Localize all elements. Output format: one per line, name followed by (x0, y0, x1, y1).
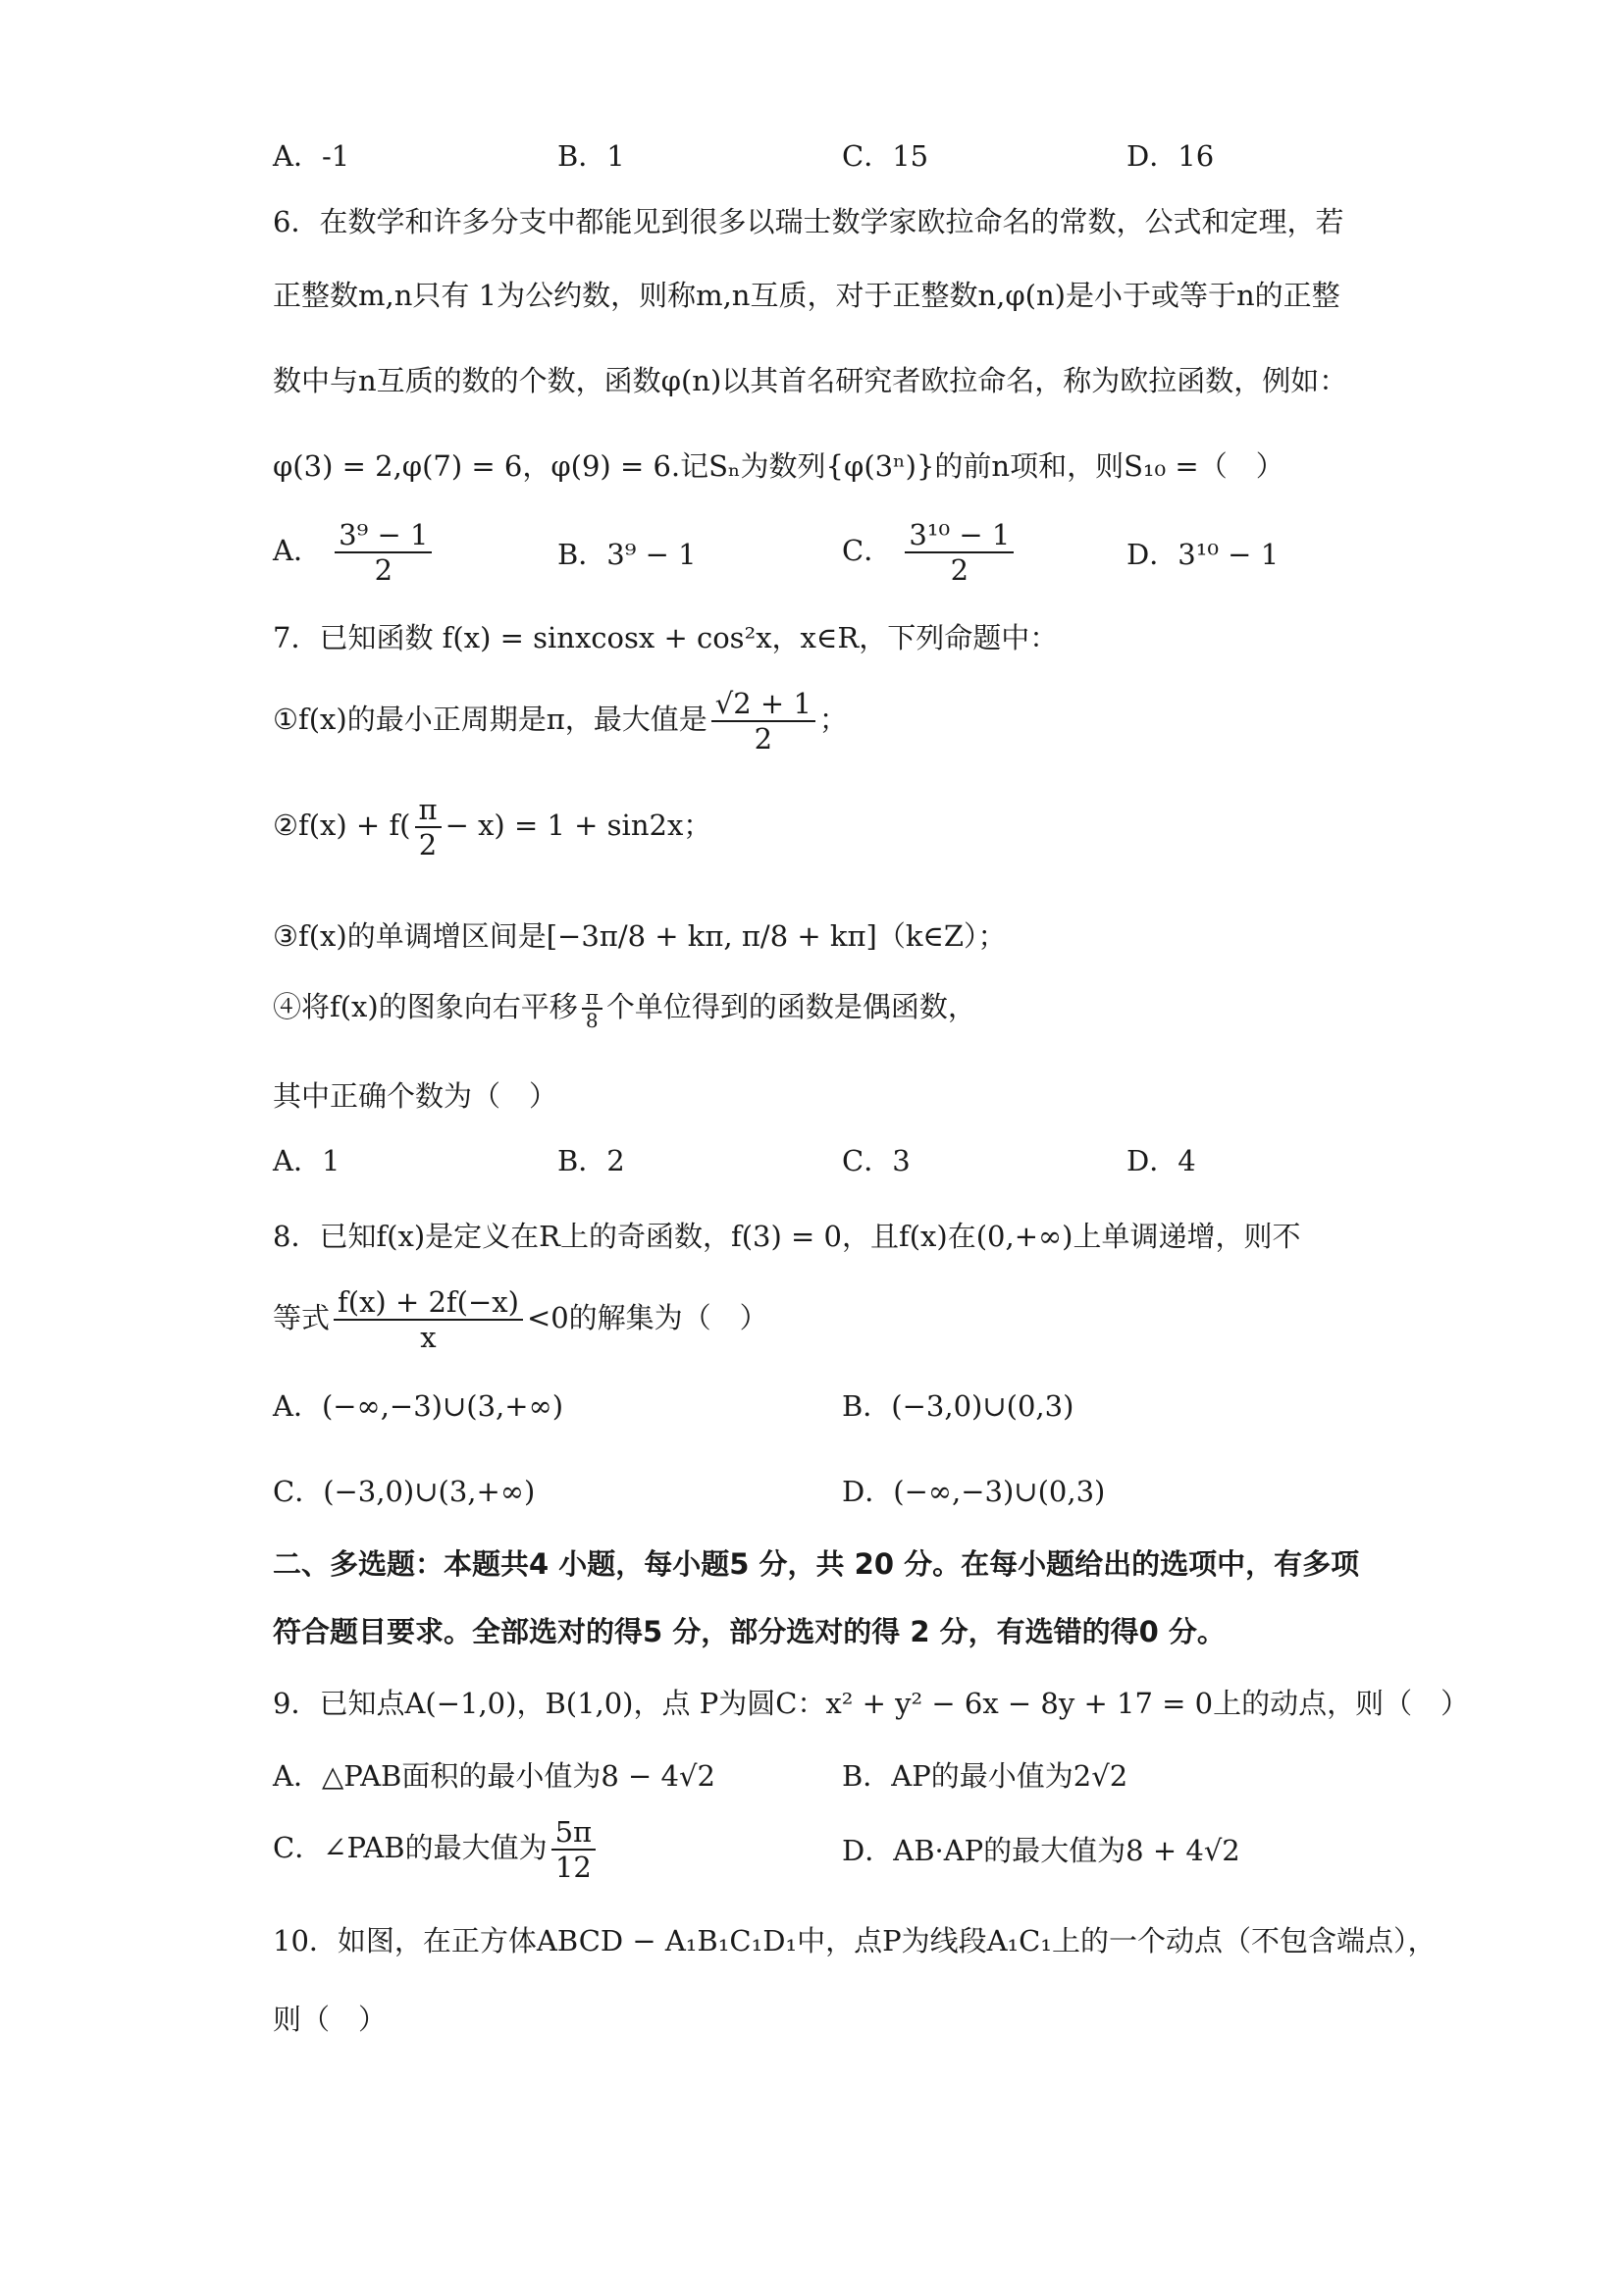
q7-option-c: C．3 (842, 1141, 911, 1180)
q7-p4-end: 个单位得到的函数是偶函数， (606, 990, 976, 1023)
denominator: 2 (755, 722, 772, 756)
denominator: 2 (375, 553, 393, 587)
q8-option-d: D．(−∞,−3)∪(0,3) (842, 1472, 1105, 1511)
denominator: 12 (555, 1851, 592, 1884)
q6-line-4: φ(3) = 2,φ(7) = 6，φ(9) = 6.记Sₙ为数列{φ(3ⁿ)}… (273, 446, 1284, 486)
q7-p4-text: ④将f(x)的图象向右平移 (273, 990, 578, 1023)
q8-line2-text: 等式 (273, 1301, 330, 1334)
q8-line-2: 等式f(x) + 2f(−x)x<0的解集为（ ） (273, 1285, 768, 1354)
q6-option-c: C． 3¹⁰ − 1 2 (842, 518, 1018, 587)
q6-line-2: 正整数m,n只有 1为公约数，则称m,n互质，对于正整数n,φ(n)是小于或等于… (273, 276, 1340, 315)
numerator: 3¹⁰ − 1 (905, 518, 1014, 553)
q7-proposition-1: ①f(x)的最小正周期是π，最大值是√2 + 12； (273, 687, 848, 756)
q7-p4-fraction: π8 (582, 986, 602, 1031)
q5-option-a: A．-1 (273, 136, 349, 176)
q5-option-b: B．1 (557, 136, 625, 176)
q9-option-d: D．AB·AP的最大值为8 + 4√2 (842, 1831, 1240, 1870)
q7-p1-end: ； (819, 703, 848, 736)
q8-line-1: 8．已知f(x)是定义在R上的奇函数，f(3) = 0，且f(x)在(0,+∞)… (273, 1217, 1300, 1256)
q8-option-b: B．(−3,0)∪(0,3) (842, 1386, 1073, 1426)
q7-option-b: B．2 (557, 1141, 625, 1180)
q9-option-b: B．AP的最小值为2√2 (842, 1756, 1127, 1796)
q6-line-3: 数中与n互质的数的个数，函数φ(n)以其首名研究者欧拉命名，称为欧拉函数，例如： (273, 361, 1347, 400)
denominator: x (420, 1321, 436, 1354)
q7-option-d: D．4 (1126, 1141, 1196, 1180)
q9-option-a: A．△PAB面积的最小值为8 − 4√2 (273, 1756, 715, 1796)
q7-question: 其中正确个数为（ ） (273, 1076, 557, 1116)
q9-line-1: 9．已知点A(−1,0)，B(1,0)，点 P为圆C：x² + y² − 6x … (273, 1684, 1469, 1723)
numerator: 3⁹ − 1 (335, 518, 432, 553)
q6-line-1: 6．在数学和许多分支中都能见到很多以瑞士数学家欧拉命名的常数，公式和定理，若 (273, 202, 1343, 241)
section-2-heading-line-1: 二、多选题：本题共4 小题，每小题5 分，共 20 分。在每小题给出的选项中，有… (273, 1544, 1359, 1584)
numerator: π (582, 986, 602, 1010)
q7-p2-end: − x) = 1 + sin2x； (445, 809, 712, 842)
numerator: 5π (551, 1815, 597, 1851)
numerator: √2 + 1 (711, 687, 815, 722)
q6-option-d: D．3¹⁰ − 1 (1126, 535, 1279, 574)
q5-option-d: D．16 (1126, 136, 1214, 176)
numerator: f(x) + 2f(−x) (334, 1285, 523, 1321)
q7-p2-fraction: π2 (415, 793, 442, 861)
q6-option-c-fraction: 3¹⁰ − 1 2 (905, 518, 1014, 587)
q10-line-2: 则（ ） (273, 2000, 387, 2039)
q7-proposition-4: ④将f(x)的图象向右平移π8个单位得到的函数是偶函数， (273, 986, 976, 1031)
q7-line-1: 7．已知函数 f(x) = sinxcosx + cos²x，x∈R，下列命题中… (273, 618, 1058, 657)
q7-p1-text: ①f(x)的最小正周期是π，最大值是 (273, 703, 707, 736)
q10-line-1: 10．如图，在正方体ABCD − A₁B₁C₁D₁中，点P为线段A₁C₁上的一个… (273, 1921, 1436, 1960)
q7-option-a: A．1 (273, 1141, 340, 1180)
q8-line2-end: <0的解集为（ ） (527, 1301, 768, 1334)
section-2-heading-line-2: 符合题目要求。全部选对的得5 分，部分选对的得 2 分，有选错的得0 分。 (273, 1612, 1226, 1651)
q6-option-a-fraction: 3⁹ − 1 2 (335, 518, 432, 587)
q9-option-c: C．∠PAB的最大值为5π12 (273, 1815, 600, 1884)
q7-p1-fraction: √2 + 12 (711, 687, 815, 756)
q6-option-a: A． 3⁹ − 1 2 (273, 518, 436, 587)
q6-option-c-label: C． (842, 534, 892, 567)
q9-option-c-text: C．∠PAB的最大值为 (273, 1831, 548, 1864)
q9-option-c-fraction: 5π12 (551, 1815, 597, 1884)
q5-option-c: C．15 (842, 136, 928, 176)
denominator: 2 (419, 828, 437, 861)
q6-option-a-label: A． (273, 534, 322, 567)
q8-option-c: C．(−3,0)∪(3,+∞) (273, 1472, 535, 1511)
q8-option-a: A．(−∞,−3)∪(3,+∞) (273, 1386, 563, 1426)
q7-p2-text: ②f(x) + f( (273, 809, 411, 842)
q7-proposition-3: ③f(x)的单调增区间是[−3π/8 + kπ, π/8 + kπ]（k∈Z）； (273, 916, 1007, 956)
q6-option-b: B．3⁹ − 1 (557, 535, 697, 574)
q8-fraction: f(x) + 2f(−x)x (334, 1285, 523, 1354)
denominator: 2 (951, 553, 969, 587)
numerator: π (415, 793, 442, 828)
denominator: 8 (586, 1010, 599, 1031)
q7-proposition-2: ②f(x) + f(π2− x) = 1 + sin2x； (273, 793, 711, 861)
